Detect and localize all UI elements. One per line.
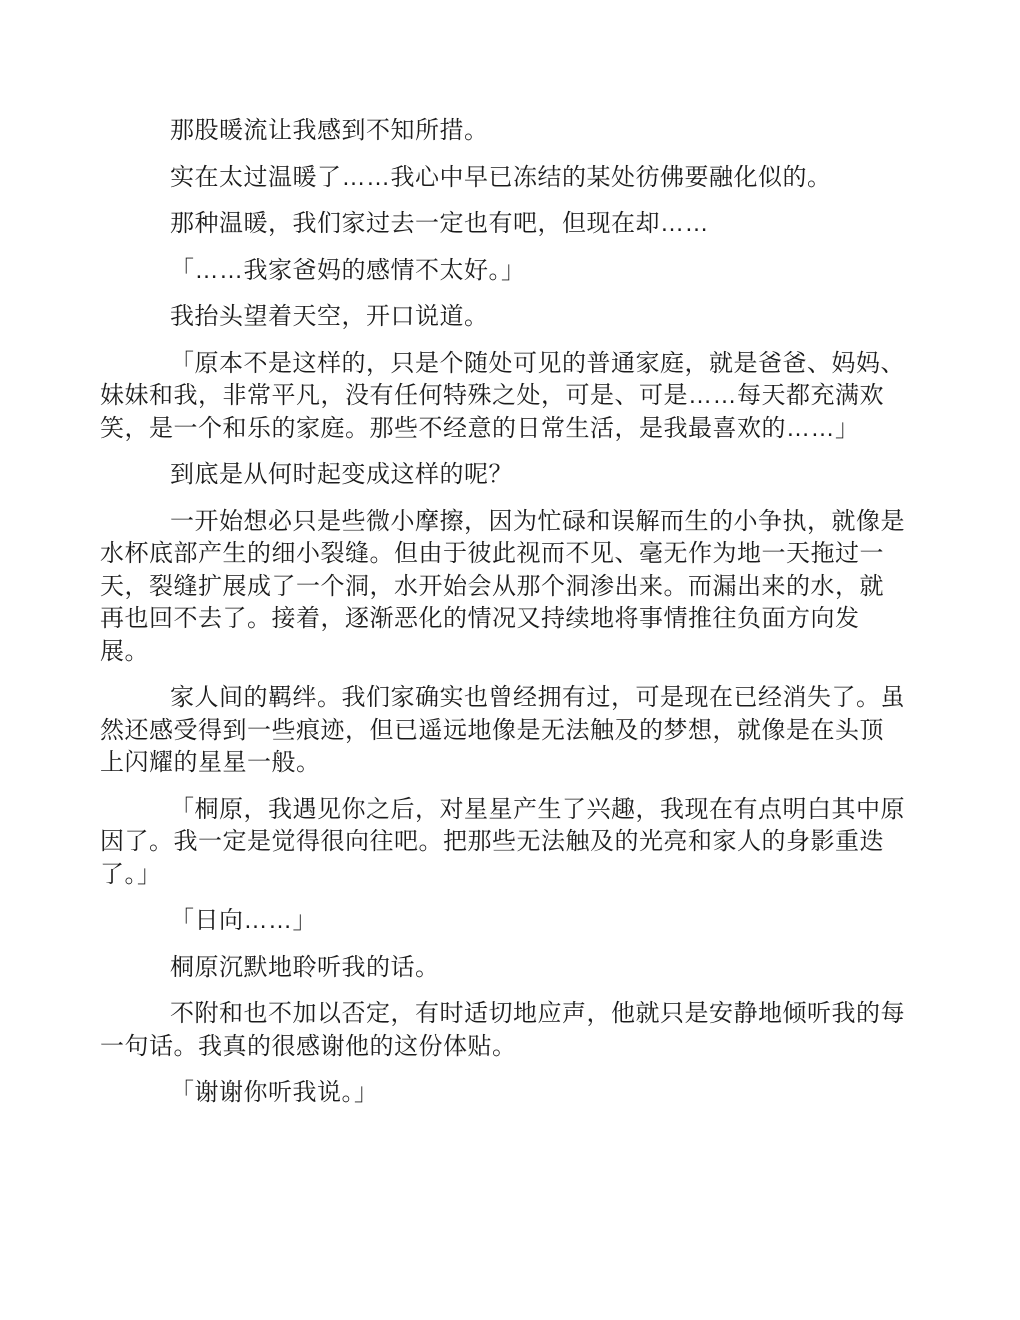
novel-paragraph-3: 那种温暖，我们家过去一定也有吧，但现在却…… — [100, 208, 908, 241]
novel-paragraph-4: 「……我家爸妈的感情不太好。」 — [100, 255, 908, 288]
novel-paragraph-11: 「日向……」 — [100, 905, 908, 938]
novel-paragraph-1: 那股暖流让我感到不知所措。 — [100, 115, 908, 148]
novel-paragraph-14: 「谢谢你听我说。」 — [100, 1077, 908, 1110]
novel-paragraph-5: 我抬头望着天空，开口说道。 — [100, 301, 908, 334]
novel-paragraph-6: 「原本不是这样的，只是个随处可见的普通家庭，就是爸爸、妈妈、妹妹和我，非常平凡，… — [100, 348, 908, 446]
novel-paragraph-12: 桐原沉默地聆听我的话。 — [100, 952, 908, 985]
novel-paragraph-10: 「桐原，我遇见你之后，对星星产生了兴趣，我现在有点明白其中原因了。我一定是觉得很… — [100, 794, 908, 892]
novel-paragraph-7: 到底是从何时起变成这样的呢？ — [100, 459, 908, 492]
novel-paragraph-13: 不附和也不加以否定，有时适切地应声，他就只是安静地倾听我的每一句话。我真的很感谢… — [100, 998, 908, 1063]
novel-paragraph-8: 一开始想必只是些微小摩擦，因为忙碌和误解而生的小争执，就像是水杯底部产生的细小裂… — [100, 506, 908, 669]
reader-page: 那股暖流让我感到不知所措。 实在太过温暖了……我心中早已冻结的某处彷佛要融化似的… — [0, 0, 1020, 1320]
novel-paragraph-9: 家人间的羁绊。我们家确实也曾经拥有过，可是现在已经消失了。虽然还感受得到一些痕迹… — [100, 682, 908, 780]
novel-paragraph-2: 实在太过温暖了……我心中早已冻结的某处彷佛要融化似的。 — [100, 162, 908, 195]
